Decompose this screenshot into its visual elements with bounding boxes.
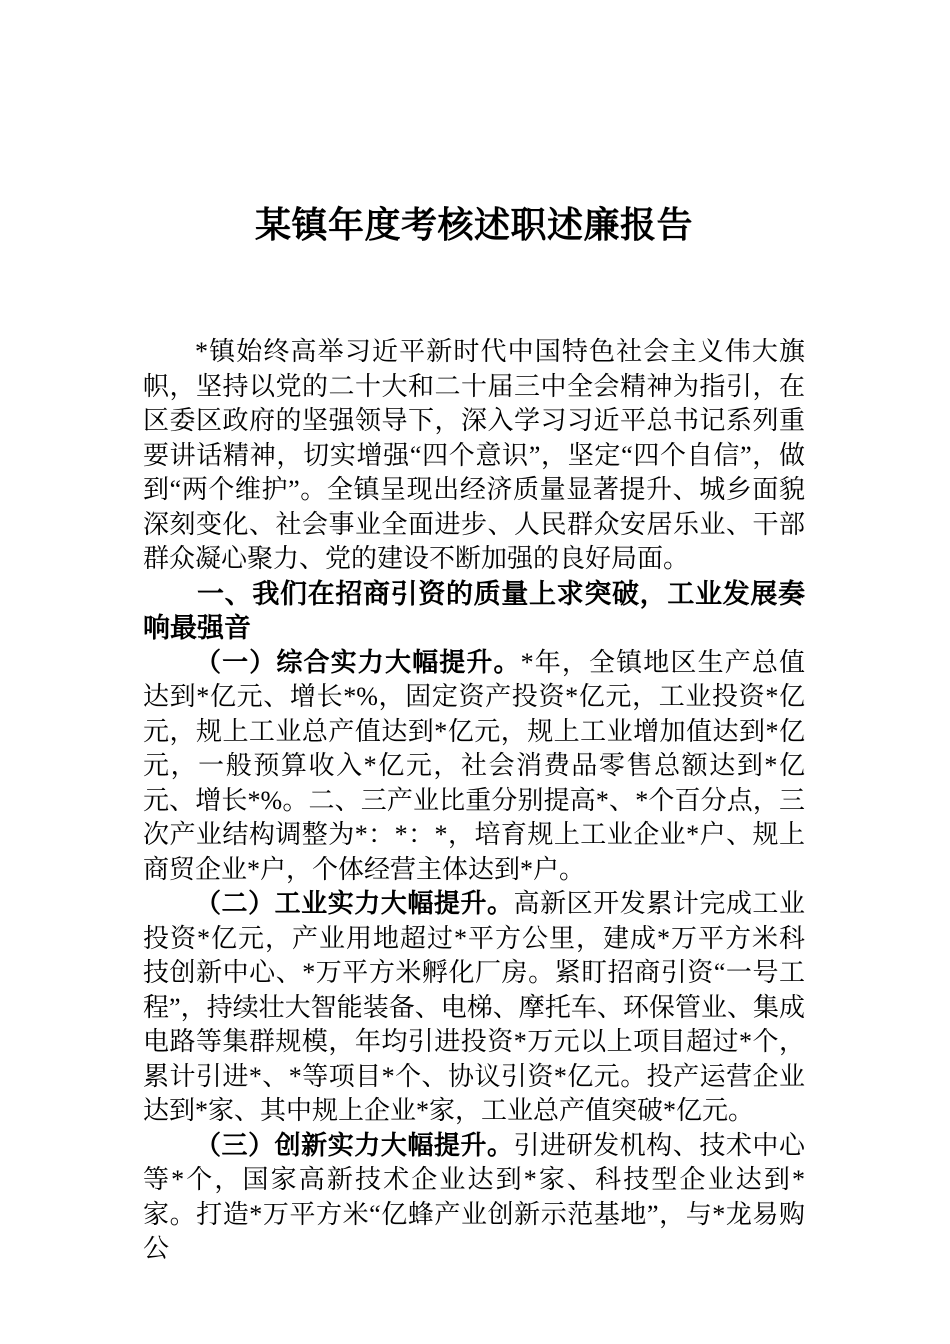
section-1-paragraph-2: （二）工业实力大幅提升。高新区开发累计完成工业投资*亿元，产业用地超过*平方公里… [143,887,805,1129]
document-page: 某镇年度考核述职述廉报告 *镇始终高举习近平新时代中国特色社会主义伟大旗帜，坚持… [0,0,950,1344]
section-1-heading: 一、我们在招商引资的质量上求突破，工业发展奏响最强音 [143,577,805,646]
document-title: 某镇年度考核述职述廉报告 [143,203,805,247]
paragraph-2-lead: （二）工业实力大幅提升。 [195,889,514,918]
paragraph-2-text: 高新区开发累计完成工业投资*亿元，产业用地超过*平方公里，建成*万平方米科技创新… [143,889,805,1125]
paragraph-1-text: *年，全镇地区生产总值达到*亿元、增长*%，固定资产投资*亿元，工业投资*亿元，… [143,648,805,884]
intro-paragraph: *镇始终高举习近平新时代中国特色社会主义伟大旗帜，坚持以党的二十大和二十届三中全… [143,335,805,577]
section-1-paragraph-1: （一）综合实力大幅提升。*年，全镇地区生产总值达到*亿元、增长*%，固定资产投资… [143,646,805,888]
section-1-paragraph-3: （三）创新实力大幅提升。引进研发机构、技术中心等*个，国家高新技术企业达到*家、… [143,1129,805,1267]
paragraph-1-lead: （一）综合实力大幅提升。 [195,648,521,677]
paragraph-3-lead: （三）创新实力大幅提升。 [195,1131,514,1160]
